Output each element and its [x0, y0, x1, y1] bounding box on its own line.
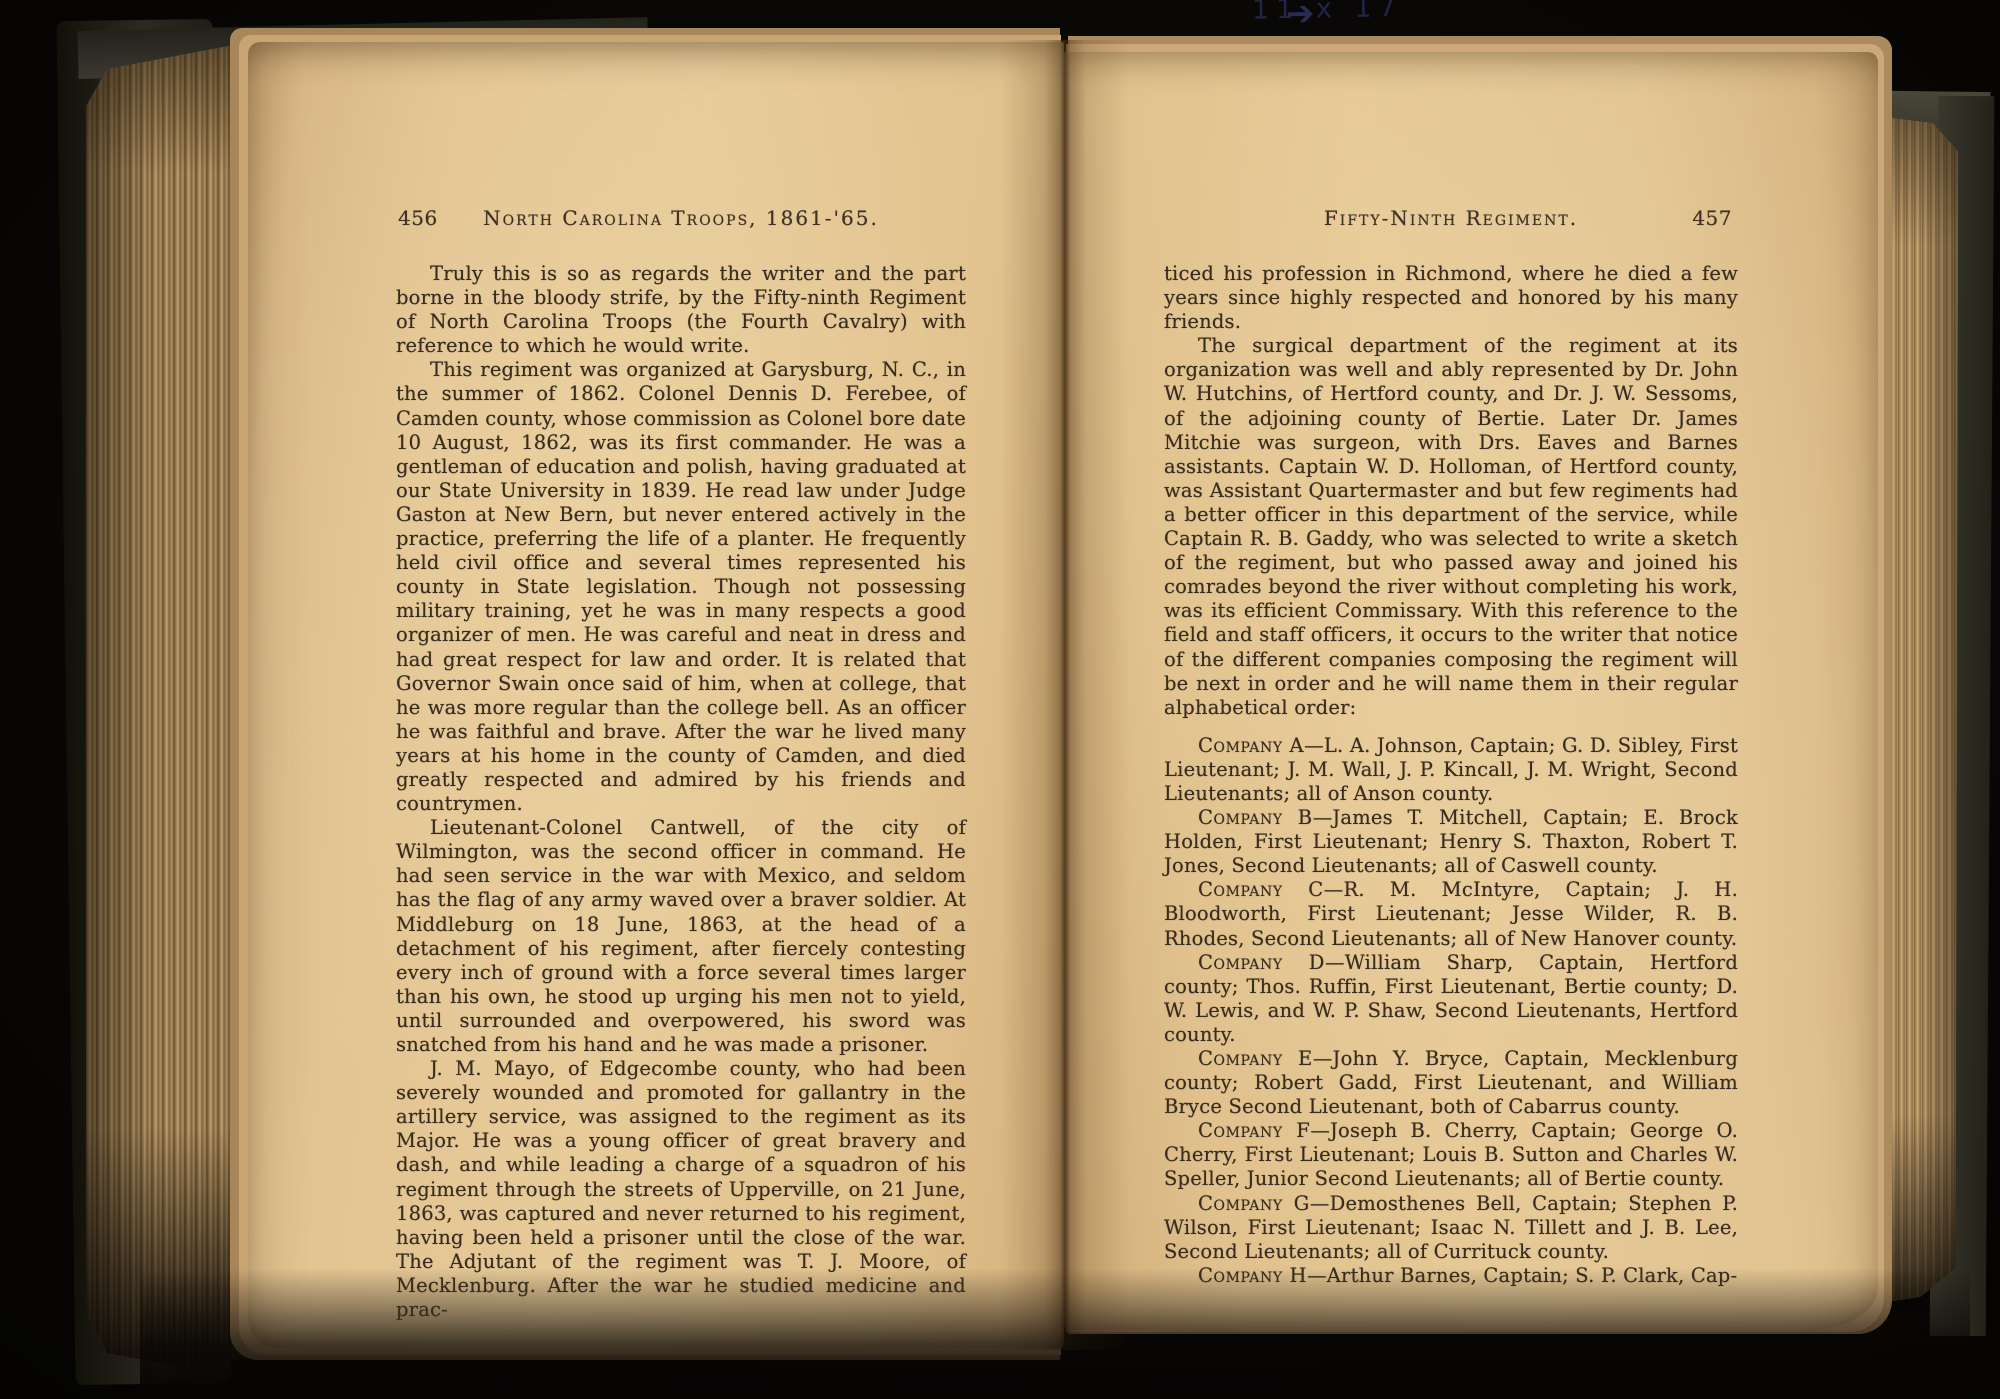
- paragraph-right-2: The surgical department of the regiment …: [1164, 334, 1738, 720]
- paragraph-left-2: This regiment was organized at Garysburg…: [396, 358, 966, 816]
- company-label: Company F: [1198, 1119, 1310, 1142]
- company-entry-c: Company C—R. M. McIntyre, Captain; J. H.…: [1164, 878, 1738, 950]
- company-entry-a: Company A—L. A. Johnson, Captain; G. D. …: [1164, 734, 1738, 806]
- company-label: Company B: [1198, 806, 1313, 829]
- running-head-right: Fifty-Ninth Regiment. 457: [1164, 206, 1738, 236]
- running-head-left: 456 North Carolina Troops, 1861-'65.: [396, 206, 966, 236]
- running-header-left-title: North Carolina Troops, 1861-'65.: [396, 206, 966, 230]
- paragraph-right-1: ticed his profession in Richmond, where …: [1164, 262, 1738, 334]
- company-label: Company H: [1198, 1264, 1307, 1287]
- book-scan-photo: 11 x 17 ➔ 456 North Carolina Troops, 186…: [0, 0, 2000, 1399]
- page-number-right: 457: [1692, 206, 1732, 230]
- company-entry-f: Company F—Joseph B. Cherry, Captain; Geo…: [1164, 1119, 1738, 1191]
- paragraph-left-1: Truly this is so as regards the writer a…: [396, 262, 966, 358]
- pen-annotation: 11 x 17 ➔: [1252, 0, 1322, 35]
- company-entry-g: Company G—Demosthenes Bell, Captain; Ste…: [1164, 1192, 1738, 1264]
- company-entry-d: Company D—William Sharp, Captain, Hertfo…: [1164, 951, 1738, 1047]
- company-label: Company D: [1198, 951, 1325, 974]
- company-label: Company G: [1198, 1192, 1310, 1215]
- company-label: Company C: [1198, 878, 1324, 901]
- company-roster: Company A—L. A. Johnson, Captain; G. D. …: [1164, 734, 1738, 1288]
- company-label: Company A: [1198, 734, 1304, 757]
- company-entry-h: Company H—Arthur Barnes, Captain; S. P. …: [1164, 1264, 1738, 1288]
- running-header-right-title: Fifty-Ninth Regiment.: [1164, 206, 1738, 230]
- company-entry-e: Company E—John Y. Bryce, Captain, Meckle…: [1164, 1047, 1738, 1119]
- paragraph-left-3: Lieutenant-Colonel Cantwell, of the city…: [396, 816, 966, 1057]
- company-label: Company E: [1198, 1047, 1313, 1070]
- paragraph-left-4: J. M. Mayo, of Edgecombe county, who had…: [396, 1057, 966, 1322]
- right-page-text: Fifty-Ninth Regiment. 457 ticed his prof…: [1164, 206, 1738, 1288]
- company-entry-b: Company B—James T. Mitchell, Captain; E.…: [1164, 806, 1738, 878]
- company-text: —Arthur Barnes, Captain; S. P. Clark, Ca…: [1307, 1264, 1737, 1287]
- page-number-left: 456: [398, 206, 438, 230]
- pen-annotation-text: 11 x 17: [1252, 0, 1403, 26]
- left-page-text: 456 North Carolina Troops, 1861-'65. Tru…: [396, 206, 966, 1322]
